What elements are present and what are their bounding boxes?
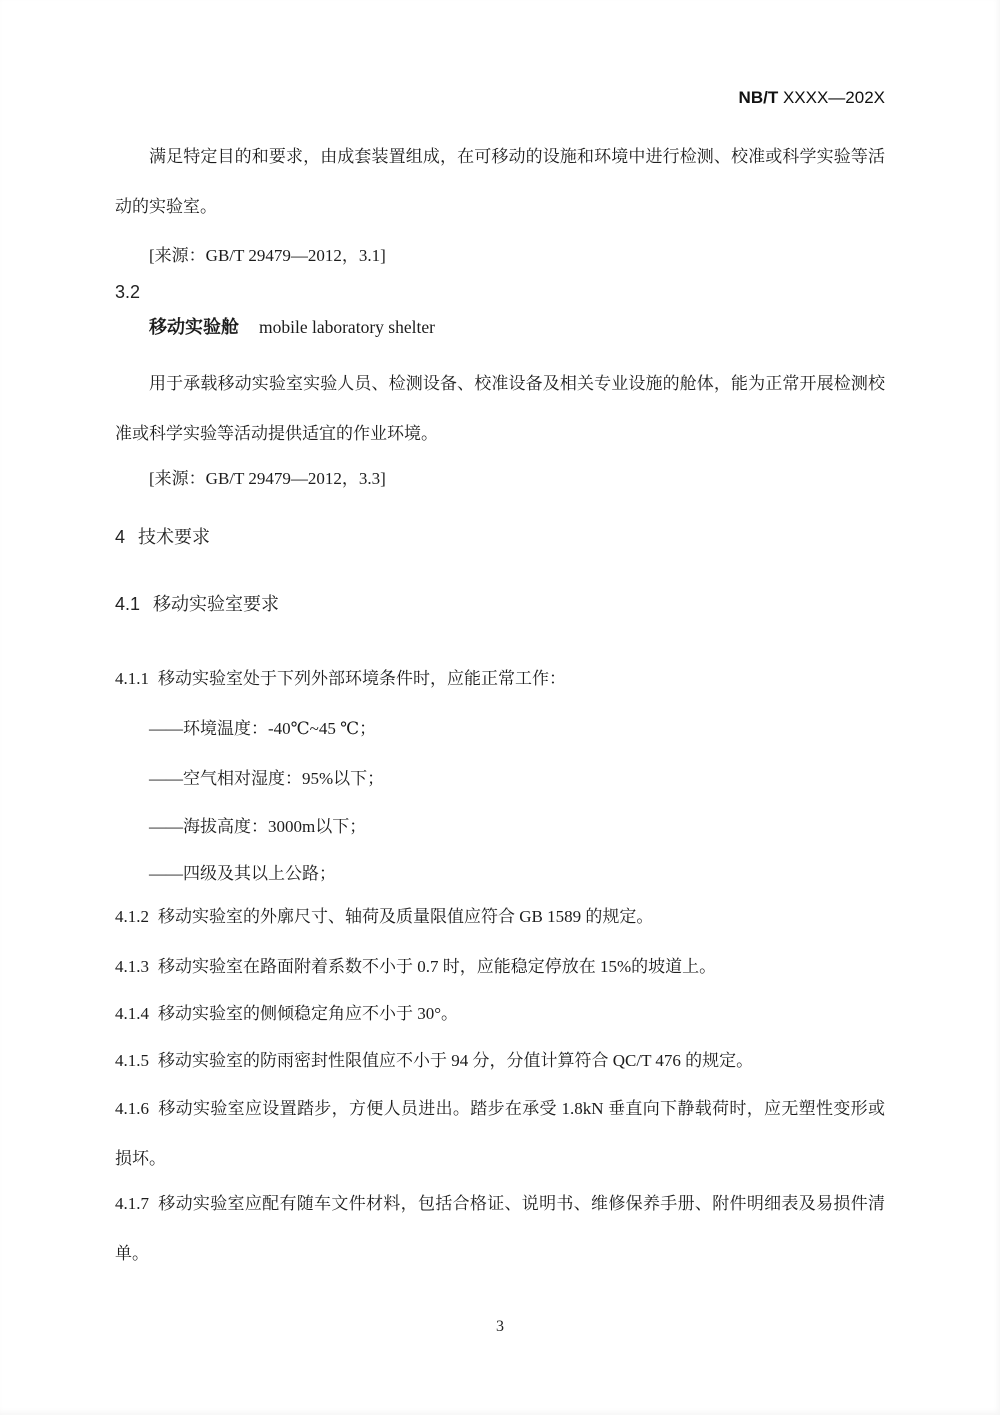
clause-4-1-7-text: 移动实验室应配有随车文件材料，包括合格证、说明书、维修保养手册、附件明细表及易损…: [115, 1194, 885, 1263]
condition-item-altitude: ——海拔高度：3000m以下；: [115, 802, 885, 852]
clause-4-1-6-number: 4.1.6: [115, 1099, 149, 1118]
clause-4-1-7: 4.1.7移动实验室应配有随车文件材料，包括合格证、说明书、维修保养手册、附件明…: [115, 1179, 885, 1279]
document-page: NB/T XXXX—202X 满足特定目的和要求，由成套装置组成，在可移动的设施…: [0, 0, 1000, 1415]
heading-4-1-number: 4.1: [115, 594, 140, 614]
standard-code-prefix: NB/T: [739, 88, 779, 107]
definition-3-1-text: 满足特定目的和要求，由成套装置组成，在可移动的设施和环境中进行检测、校准或科学实…: [115, 132, 885, 232]
term-3-2-line: 移动实验舱mobile laboratory shelter: [115, 302, 885, 353]
heading-4-number: 4: [115, 527, 125, 547]
definition-3-2-source: [来源：GB/T 29479—2012，3.3]: [115, 454, 885, 504]
heading-4: 4技术要求: [115, 512, 885, 562]
clause-4-1-1-number: 4.1.1: [115, 669, 149, 688]
clause-4-1-4-number: 4.1.4: [115, 1004, 149, 1023]
clause-4-1-5-number: 4.1.5: [115, 1051, 149, 1070]
clause-4-1-7-number: 4.1.7: [115, 1194, 149, 1213]
clause-4-1-3: 4.1.3移动实验室在路面附着系数不小于 0.7 时，应能稳定停放在 15%的坡…: [115, 942, 885, 992]
condition-item-humidity: ——空气相对湿度：95%以下；: [115, 754, 885, 804]
clause-4-1-2-number: 4.1.2: [115, 907, 149, 926]
definition-3-2-text: 用于承载移动实验室实验人员、检测设备、校准设备及相关专业设施的舱体，能为正常开展…: [115, 359, 885, 459]
clause-4-1-3-text: 移动实验室在路面附着系数不小于 0.7 时，应能稳定停放在 15%的坡道上。: [158, 957, 716, 976]
clause-4-1-6: 4.1.6移动实验室应设置踏步，方便人员进出。踏步在承受 1.8kN 垂直向下静…: [115, 1084, 885, 1184]
clause-4-1-6-text: 移动实验室应设置踏步，方便人员进出。踏步在承受 1.8kN 垂直向下静载荷时，应…: [115, 1099, 885, 1168]
clause-4-1-4-text: 移动实验室的侧倾稳定角应不小于 30°。: [158, 1004, 458, 1023]
clause-4-1-4: 4.1.4移动实验室的侧倾稳定角应不小于 30°。: [115, 989, 885, 1039]
condition-item-temperature: ——环境温度：-40℃~45 ℃；: [115, 704, 885, 754]
clause-4-1-2: 4.1.2移动实验室的外廓尺寸、轴荷及质量限值应符合 GB 1589 的规定。: [115, 892, 885, 942]
term-3-2-chinese: 移动实验舱: [149, 317, 239, 337]
clause-4-1-5-text: 移动实验室的防雨密封性限值应不小于 94 分，分值计算符合 QC/T 476 的…: [158, 1051, 753, 1070]
page-number: 3: [0, 1315, 1000, 1339]
standard-code-suffix: XXXX—202X: [778, 88, 885, 107]
term-3-2-english: mobile laboratory shelter: [259, 317, 435, 337]
heading-4-1: 4.1移动实验室要求: [115, 579, 885, 629]
clause-4-1-1-text: 移动实验室处于下列外部环境条件时，应能正常工作：: [158, 669, 566, 688]
standard-code-header: NB/T XXXX—202X: [739, 86, 885, 110]
heading-4-title: 技术要求: [138, 527, 210, 547]
clause-4-1-3-number: 4.1.3: [115, 957, 149, 976]
clause-4-1-5: 4.1.5移动实验室的防雨密封性限值应不小于 94 分，分值计算符合 QC/T …: [115, 1036, 885, 1086]
heading-4-1-title: 移动实验室要求: [153, 594, 279, 614]
clause-4-1-2-text: 移动实验室的外廓尺寸、轴荷及质量限值应符合 GB 1589 的规定。: [158, 907, 653, 926]
clause-4-1-1: 4.1.1移动实验室处于下列外部环境条件时，应能正常工作：: [115, 654, 885, 704]
